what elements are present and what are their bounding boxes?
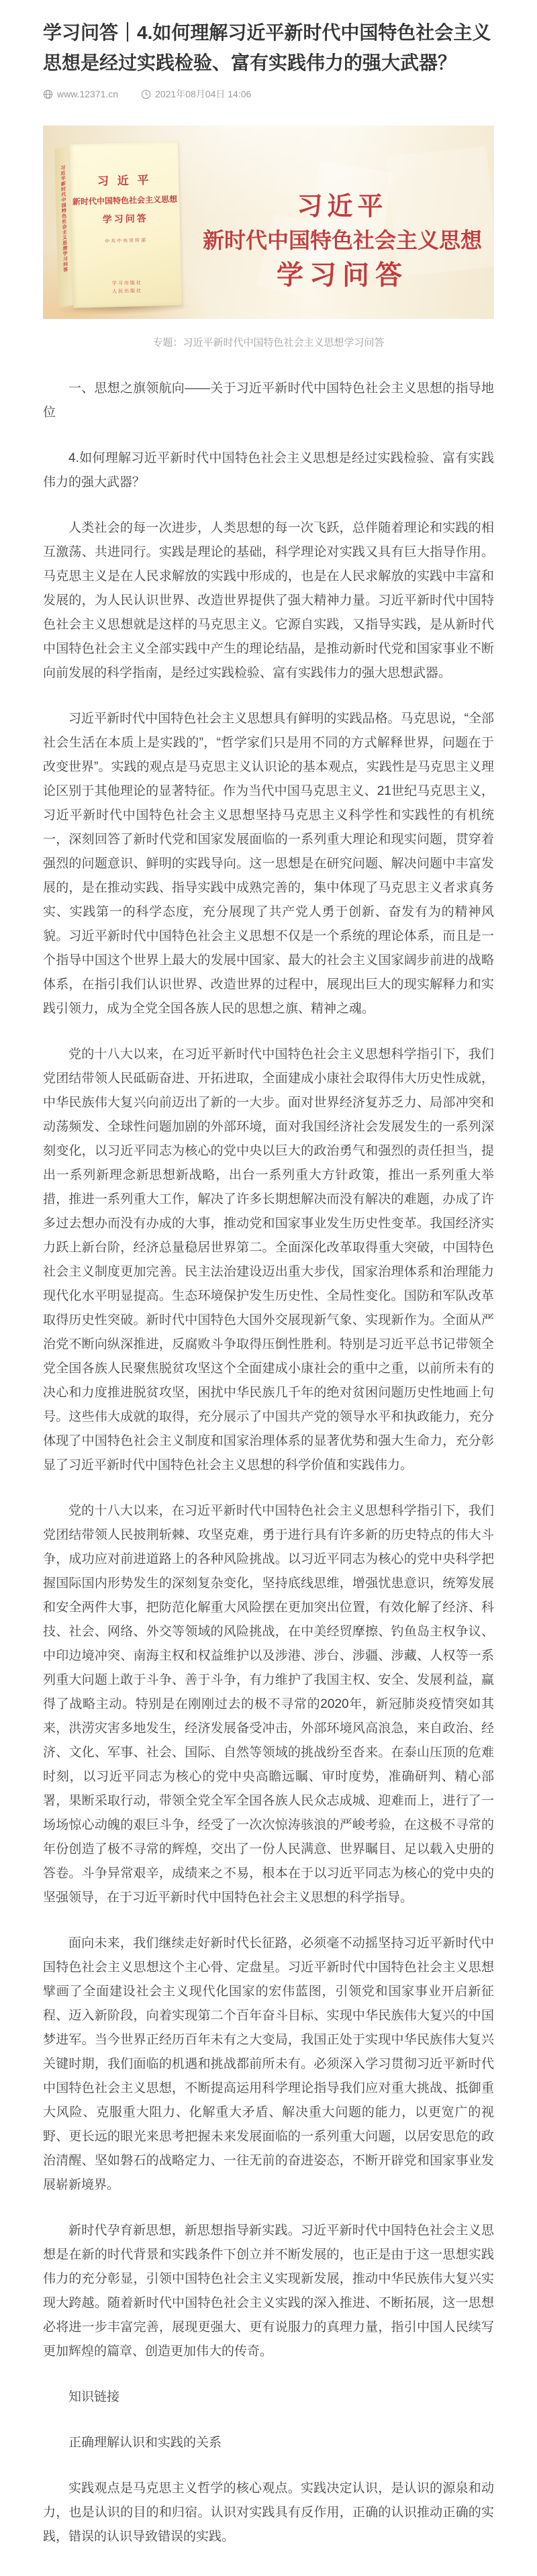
article-body: 一、思想之旗领航向——关于习近平新时代中国特色社会主义思想的指导地位 4.如何理…	[43, 377, 494, 2549]
book-publishers: 学习出版社 人民出版社	[72, 279, 182, 297]
meta-date-text: 2021年08月04日 14:06	[155, 87, 251, 101]
clock-icon	[141, 89, 151, 99]
meta-source: www.12371.cn	[43, 89, 118, 99]
article-paragraph: 人类社会的每一次进步，人类思想的每一次飞跃，总伴随着理论和实践的相互激荡、共进同…	[43, 516, 494, 685]
section-lead: 一、思想之旗领航向——关于习近平新时代中国特色社会主义思想的指导地位	[43, 377, 494, 425]
article-paragraph: 党的十八大以来，在习近平新时代中国特色社会主义思想科学指引下，我们党团结带领人民…	[43, 1043, 494, 1478]
hero-headline-line3: 学习问答	[193, 262, 491, 289]
article-page: 学习问答｜4.如何理解习近平新时代中国特色社会主义思想是经过实践检验、富有实践伟…	[43, 17, 494, 2576]
book-spine-title: 习近平新时代中国特色社会主义思想学习问答	[59, 164, 69, 307]
article-paragraph: 新时代孕育新思想，新思想指导新实践。习近平新时代中国特色社会主义思想是在新的时代…	[43, 2219, 494, 2364]
hero-image: 习近平新时代中国特色社会主义思想学习问答 习 近 平 新时代中国特色社会主义思想…	[43, 126, 494, 319]
topic-caption-link[interactable]: 专题：习近平新时代中国特色社会主义思想学习问答	[43, 335, 494, 349]
book-author: 中共中央宣传部	[72, 236, 181, 246]
article-question: 4.如何理解习近平新时代中国特色社会主义思想是经过实践检验、富有实践伟力的强大武…	[43, 446, 494, 495]
article-paragraph: 党的十八大以来，在习近平新时代中国特色社会主义思想科学指引下，我们党团结带领人民…	[43, 1499, 494, 1910]
knowledge-link-heading: 知识链接	[43, 2385, 494, 2410]
meta-date: 2021年08月04日 14:06	[141, 87, 251, 101]
book-title-line2: 新时代中国特色社会主义思想	[70, 193, 179, 207]
article-paragraph: 面向未来，我们继续走好新时代长征路，必须毫不动摇坚持习近平新时代中国特色社会主义…	[43, 1931, 494, 2197]
knowledge-link-body: 实践观点是马克思主义哲学的核心观点。实践决定认识，是认识的源泉和动力，也是认识的…	[43, 2477, 494, 2549]
hero-headline-line2: 新时代中国特色社会主义思想	[193, 230, 491, 251]
knowledge-link-title: 正确理解认识和实践的关系	[43, 2431, 494, 2455]
page-title: 学习问答｜4.如何理解习近平新时代中国特色社会主义思想是经过实践检验、富有实践伟…	[43, 17, 494, 78]
globe-icon	[43, 89, 53, 99]
hero-headline-line1: 习近平	[193, 194, 491, 220]
article-paragraph: 习近平新时代中国特色社会主义思想具有鲜明的实践品格。马克思说，“全部社会生活在本…	[43, 707, 494, 1021]
book-front-cover: 习 近 平 新时代中国特色社会主义思想 学习问答 中共中央宣传部 学习出版社 人…	[69, 142, 182, 308]
meta-row: www.12371.cn 2021年08月04日 14:06	[43, 87, 494, 101]
book-title-line3: 学习问答	[71, 211, 180, 227]
book-title-line1: 习 近 平	[70, 170, 179, 189]
meta-source-text: www.12371.cn	[57, 89, 118, 99]
book-cover-image: 习近平新时代中国特色社会主义思想学习问答 习 近 平 新时代中国特色社会主义思想…	[56, 143, 180, 307]
hero-headline: 习近平 新时代中国特色社会主义思想 学习问答	[193, 194, 491, 289]
